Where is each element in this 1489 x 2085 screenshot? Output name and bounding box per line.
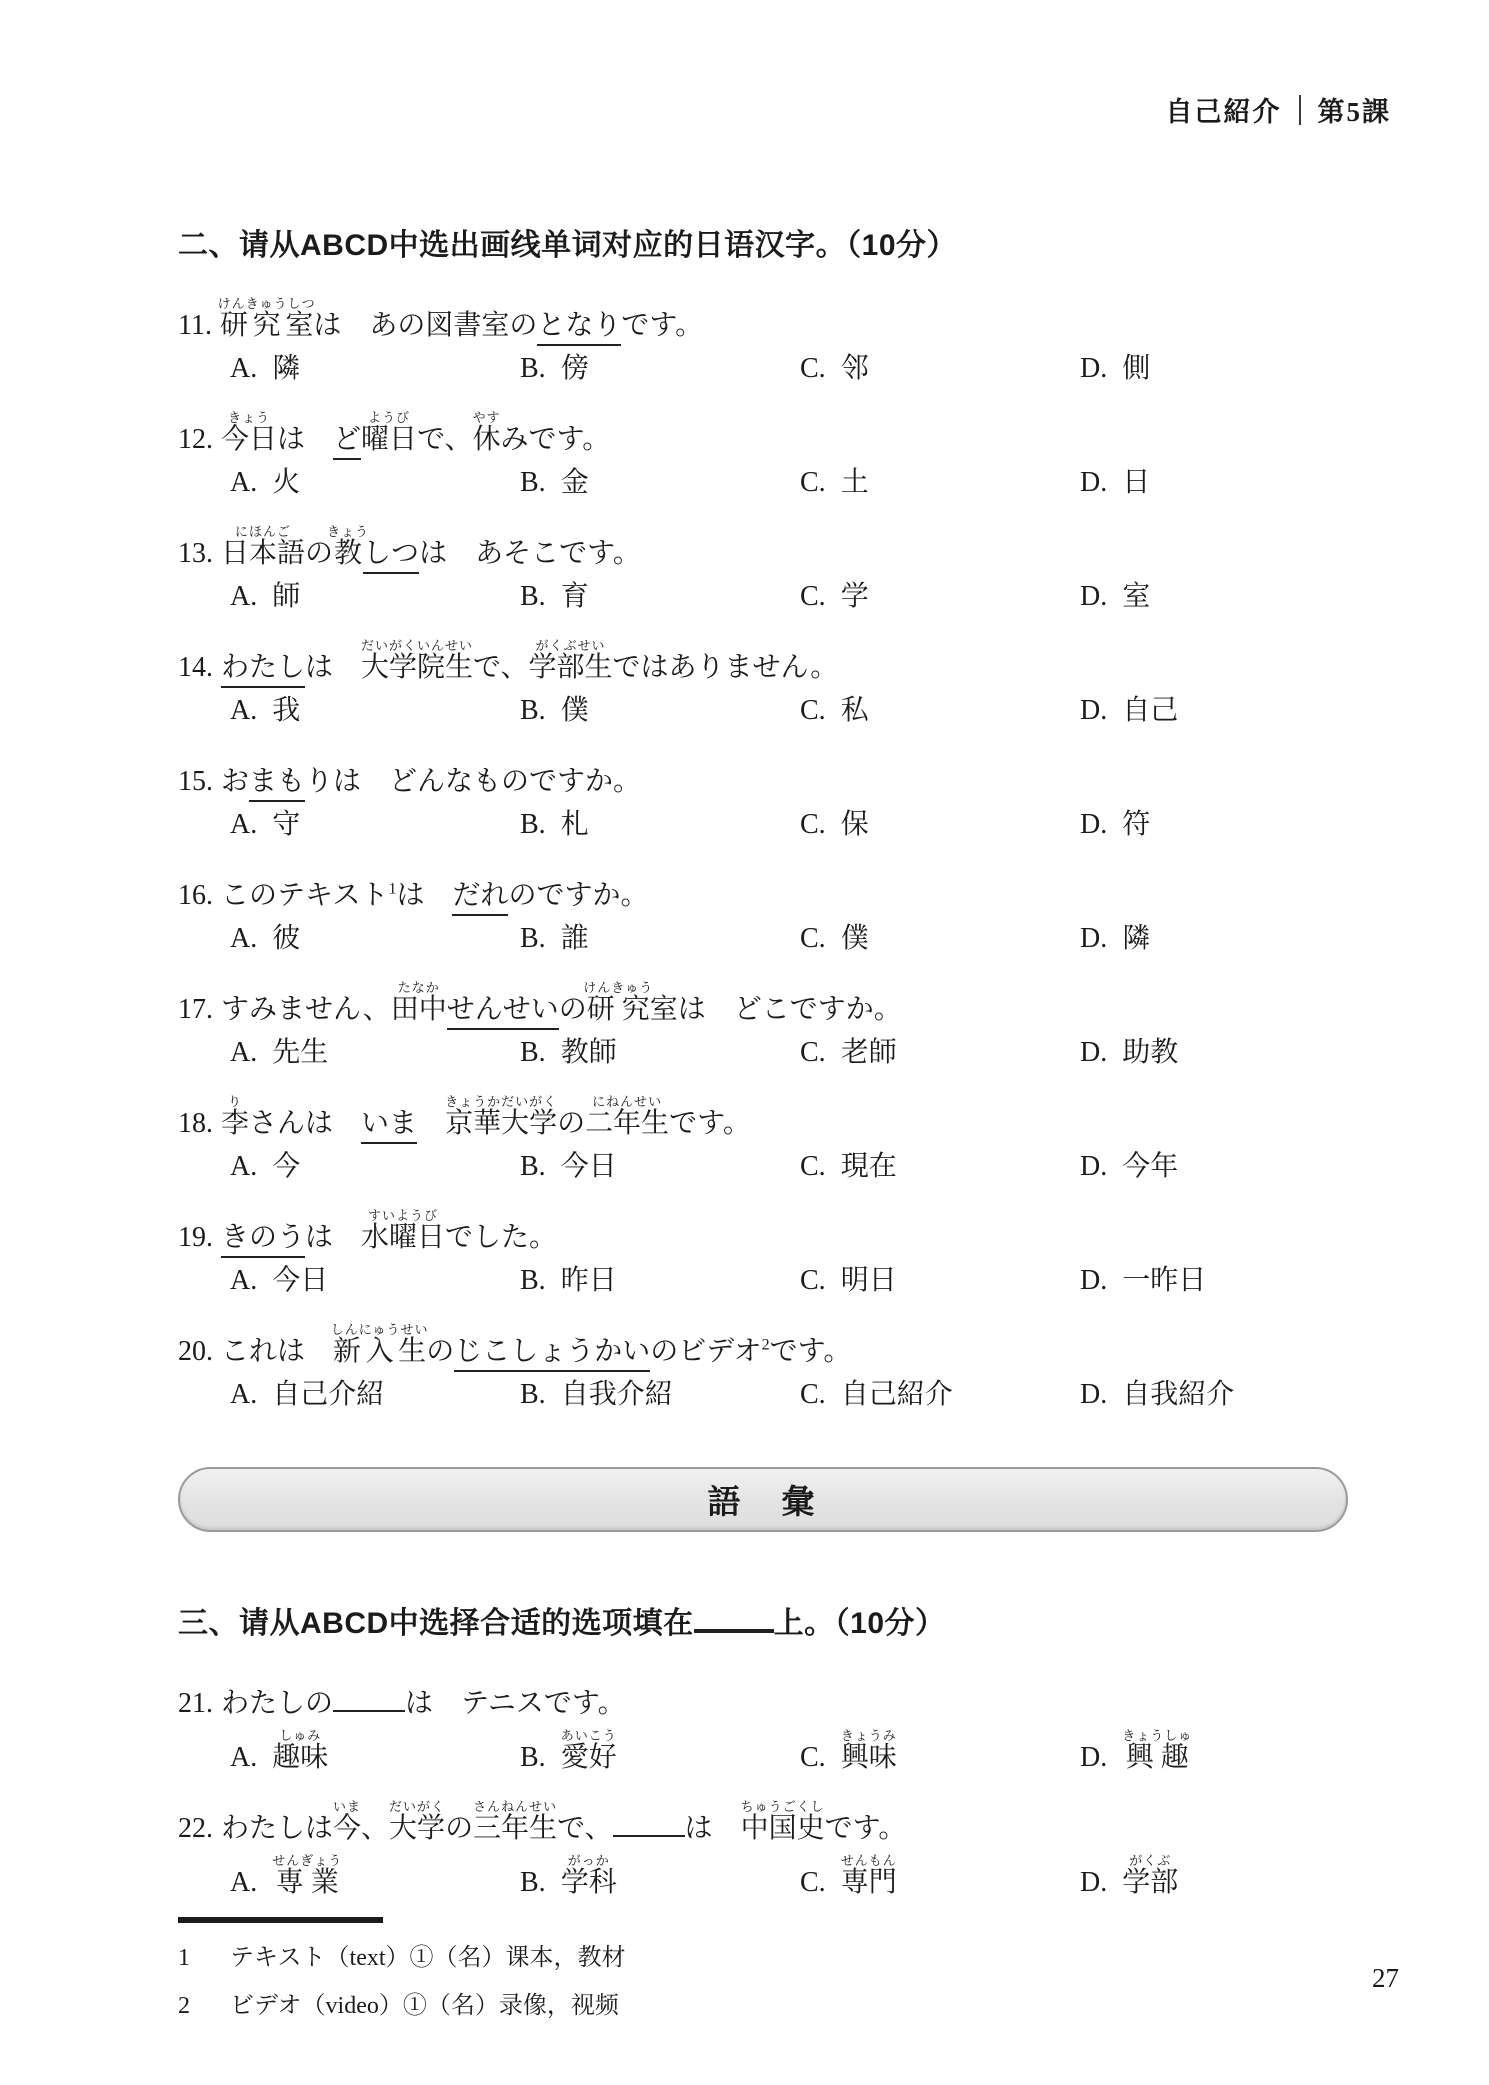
question-stem: 16.このテキスト1は だれのですか。 bbox=[178, 854, 1393, 912]
option-row: A.隣B.傍C.邻D.側 bbox=[178, 350, 1393, 385]
underlined-word: となり bbox=[537, 310, 621, 346]
option-text: 現在 bbox=[841, 1151, 897, 1182]
option-letter: C. bbox=[800, 1152, 826, 1183]
fill-in-blank bbox=[694, 1629, 774, 1633]
option-letter: D. bbox=[1080, 582, 1107, 613]
answer-option: D.一昨日 bbox=[1080, 1266, 1393, 1297]
option-row: A.今B.今日C.現在D.今年 bbox=[178, 1148, 1393, 1183]
question-number: 20. bbox=[178, 1336, 213, 1367]
footnote-number: 1 bbox=[178, 1943, 230, 1974]
option-letter: B. bbox=[520, 1380, 546, 1411]
footnote: 2ビデオ（video）①（名）录像，视频 bbox=[178, 1991, 1393, 2022]
option-text: 守 bbox=[272, 809, 300, 840]
footnotes: 1テキスト（text）①（名）课本，教材2ビデオ（video）①（名）录像，视频 bbox=[178, 1943, 1393, 2022]
option-letter: D. bbox=[1080, 1380, 1107, 1411]
answer-option: D.自我紹介 bbox=[1080, 1380, 1393, 1411]
answer-option: A.趣味しゅみ bbox=[230, 1728, 520, 1774]
option-letter: C. bbox=[800, 582, 826, 613]
answer-option: A.自己介紹 bbox=[230, 1380, 520, 1411]
option-letter: D. bbox=[1080, 468, 1107, 499]
option-text: 我 bbox=[272, 695, 300, 726]
answer-option: D.符 bbox=[1080, 810, 1393, 841]
answer-option: D.今年 bbox=[1080, 1152, 1393, 1183]
option-letter: B. bbox=[520, 1743, 546, 1774]
option-text: 隣 bbox=[272, 353, 300, 384]
option-letter: C. bbox=[800, 924, 826, 955]
option-letter: B. bbox=[520, 1868, 546, 1899]
option-text: 今年 bbox=[1122, 1151, 1178, 1182]
option-text: 学科がっか bbox=[561, 1867, 617, 1898]
answer-option: A.今日 bbox=[230, 1266, 520, 1297]
option-text: 育 bbox=[561, 581, 589, 612]
option-text: 先生 bbox=[272, 1037, 328, 1068]
option-row: A.彼B.誰C.僕D.隣 bbox=[178, 920, 1393, 955]
question-stem: 22.わたしは今いま、大学だいがくの三年生さんねんせいで、は 中国史ちゅうごくし… bbox=[178, 1787, 1393, 1845]
option-letter: D. bbox=[1080, 696, 1107, 727]
option-letter: B. bbox=[520, 1266, 546, 1297]
option-letter: A. bbox=[230, 468, 257, 499]
option-text: 興趣きょうしゅ bbox=[1122, 1742, 1192, 1773]
underlined-word: しつ bbox=[363, 538, 419, 574]
option-text: 今日 bbox=[561, 1151, 617, 1182]
option-letter: A. bbox=[230, 1380, 257, 1411]
answer-option: D.助教 bbox=[1080, 1038, 1393, 1069]
option-text: 日 bbox=[1122, 467, 1150, 498]
answer-option: B.札 bbox=[520, 810, 800, 841]
option-letter: A. bbox=[230, 696, 257, 727]
page-content: 二、请从ABCD中选出画线单词对应的日语汉字。（10分）11.研究室けんきゅうし… bbox=[178, 0, 1393, 2039]
answer-option: D.自己 bbox=[1080, 696, 1393, 727]
option-letter: C. bbox=[800, 810, 826, 841]
answer-option: B.育 bbox=[520, 582, 800, 613]
option-text: 金 bbox=[561, 467, 589, 498]
option-text: 今 bbox=[272, 1151, 300, 1182]
question: 19.きのうは 水曜日すいようびでした。A.今日B.昨日C.明日D.一昨日 bbox=[178, 1196, 1393, 1297]
question-number: 18. bbox=[178, 1108, 213, 1139]
option-row: A.自己介紹B.自我介紹C.自己紹介D.自我紹介 bbox=[178, 1376, 1393, 1411]
question-number: 21. bbox=[178, 1688, 213, 1719]
footnote-text: ビデオ（video）①（名）录像，视频 bbox=[230, 1991, 619, 2022]
option-text: 自我介紹 bbox=[561, 1379, 673, 1410]
question-stem: 13.日本語にほんごの教きょうしつは あそこです。 bbox=[178, 512, 1393, 570]
page-number: 27 bbox=[1372, 1963, 1399, 1994]
option-letter: B. bbox=[520, 582, 546, 613]
footnote-divider-line bbox=[178, 1917, 383, 1923]
answer-option: B.傍 bbox=[520, 354, 800, 385]
answer-option: B.金 bbox=[520, 468, 800, 499]
option-letter: D. bbox=[1080, 1743, 1107, 1774]
answer-option: A.彼 bbox=[230, 924, 520, 955]
question: 13.日本語にほんごの教きょうしつは あそこです。A.師B.育C.学D.室 bbox=[178, 512, 1393, 613]
option-text: 自己紹介 bbox=[841, 1379, 953, 1410]
answer-option: D.学部がくぶ bbox=[1080, 1853, 1393, 1899]
question: 15.おまもりは どんなものですか。A.守B.札C.保D.符 bbox=[178, 740, 1393, 841]
option-text: 土 bbox=[841, 467, 869, 498]
answer-option: A.守 bbox=[230, 810, 520, 841]
answer-option: D.日 bbox=[1080, 468, 1393, 499]
question-stem: 21.わたしのは テニスです。 bbox=[178, 1662, 1393, 1720]
option-letter: A. bbox=[230, 924, 257, 955]
option-text: 自己介紹 bbox=[272, 1379, 384, 1410]
option-letter: A. bbox=[230, 1266, 257, 1297]
option-letter: A. bbox=[230, 810, 257, 841]
answer-option: A.専業せんぎょう bbox=[230, 1853, 520, 1899]
option-text: 僕 bbox=[561, 695, 589, 726]
option-row: A.火B.金C.土D.日 bbox=[178, 464, 1393, 499]
option-row: A.専業せんぎょうB.学科がっかC.専門せんもんD.学部がくぶ bbox=[178, 1853, 1393, 1899]
option-text: 明日 bbox=[841, 1265, 897, 1296]
option-letter: D. bbox=[1080, 1038, 1107, 1069]
option-letter: A. bbox=[230, 1152, 257, 1183]
answer-option: B.昨日 bbox=[520, 1266, 800, 1297]
option-letter: B. bbox=[520, 1152, 546, 1183]
question: 14.わたしは 大学院生だいがくいんせいで、学部生がくぶせいではありません。A.… bbox=[178, 626, 1393, 727]
option-text: 愛好あいこう bbox=[561, 1742, 617, 1773]
option-row: A.趣味しゅみB.愛好あいこうC.興味きょうみD.興趣きょうしゅ bbox=[178, 1728, 1393, 1774]
answer-option: C.老師 bbox=[800, 1038, 1080, 1069]
answer-option: D.室 bbox=[1080, 582, 1393, 613]
option-letter: B. bbox=[520, 354, 546, 385]
option-letter: D. bbox=[1080, 924, 1107, 955]
underlined-word: わたし bbox=[221, 652, 305, 688]
question: 21.わたしのは テニスです。A.趣味しゅみB.愛好あいこうC.興味きょうみD.… bbox=[178, 1662, 1393, 1774]
worksheet-page: 自己紹介 第5課 二、请从ABCD中选出画线单词对应的日语汉字。（10分）11.… bbox=[0, 0, 1489, 2085]
underlined-word: じこしょうかい bbox=[454, 1336, 650, 1372]
answer-option: B.自我介紹 bbox=[520, 1380, 800, 1411]
question: 11.研究室けんきゅうしつは あの図書室のとなりです。A.隣B.傍C.邻D.側 bbox=[178, 284, 1393, 385]
option-text: 火 bbox=[272, 467, 300, 498]
option-letter: B. bbox=[520, 696, 546, 727]
answer-option: A.火 bbox=[230, 468, 520, 499]
option-letter: D. bbox=[1080, 354, 1107, 385]
option-letter: A. bbox=[230, 582, 257, 613]
vocab-banner: 語 彙 bbox=[178, 1467, 1348, 1532]
answer-option: C.明日 bbox=[800, 1266, 1080, 1297]
option-letter: B. bbox=[520, 810, 546, 841]
option-row: A.師B.育C.学D.室 bbox=[178, 578, 1393, 613]
question-number: 13. bbox=[178, 538, 213, 569]
answer-option: D.隣 bbox=[1080, 924, 1393, 955]
question-stem: 20.これは 新入生しんにゅうせいのじこしょうかいのビデオ2です。 bbox=[178, 1310, 1393, 1368]
answer-option: A.先生 bbox=[230, 1038, 520, 1069]
answer-option: A.今 bbox=[230, 1152, 520, 1183]
answer-option: C.自己紹介 bbox=[800, 1380, 1080, 1411]
option-letter: B. bbox=[520, 924, 546, 955]
option-letter: C. bbox=[800, 1743, 826, 1774]
section-title: 二、请从ABCD中选出画线单词对应的日语汉字。（10分） bbox=[178, 220, 1393, 264]
option-letter: C. bbox=[800, 1266, 826, 1297]
footnote-text: テキスト（text）①（名）课本，教材 bbox=[230, 1943, 626, 1974]
option-text: 保 bbox=[841, 809, 869, 840]
option-text: 今日 bbox=[272, 1265, 328, 1296]
question-number: 22. bbox=[178, 1813, 213, 1844]
option-text: 学部がくぶ bbox=[1122, 1867, 1178, 1898]
question-number: 11. bbox=[178, 310, 212, 341]
option-text: 師 bbox=[272, 581, 300, 612]
option-letter: D. bbox=[1080, 1152, 1107, 1183]
section-title: 三、请从ABCD中选择合适的选项填在上。（10分） bbox=[178, 1598, 1393, 1642]
question-stem: 17.すみません、田中たなかせんせいの研究けんきゅう室は どこですか。 bbox=[178, 968, 1393, 1026]
option-row: A.我B.僕C.私D.自己 bbox=[178, 692, 1393, 727]
vocab-banner-label: 語 彙 bbox=[708, 1476, 819, 1523]
question: 17.すみません、田中たなかせんせいの研究けんきゅう室は どこですか。A.先生B… bbox=[178, 968, 1393, 1069]
option-letter: C. bbox=[800, 1380, 826, 1411]
option-text: 札 bbox=[561, 809, 589, 840]
underlined-word: いま bbox=[361, 1108, 417, 1144]
answer-option: C.学 bbox=[800, 582, 1080, 613]
question-number: 16. bbox=[178, 880, 213, 911]
option-letter: C. bbox=[800, 696, 826, 727]
option-letter: B. bbox=[520, 1038, 546, 1069]
option-letter: C. bbox=[800, 1868, 826, 1899]
footnote-marker: 1 bbox=[388, 881, 396, 898]
answer-option: C.興味きょうみ bbox=[800, 1728, 1080, 1774]
option-letter: B. bbox=[520, 468, 546, 499]
option-letter: A. bbox=[230, 1038, 257, 1069]
answer-option: C.僕 bbox=[800, 924, 1080, 955]
option-letter: D. bbox=[1080, 1868, 1107, 1899]
option-text: 私 bbox=[841, 695, 869, 726]
question-stem: 18.李りさんは いま 京華大学きょうかだいがくの二年生にねんせいです。 bbox=[178, 1082, 1393, 1140]
option-text: 昨日 bbox=[561, 1265, 617, 1296]
answer-option: A.師 bbox=[230, 582, 520, 613]
option-text: 趣味しゅみ bbox=[272, 1742, 328, 1773]
fill-in-blank bbox=[613, 1835, 685, 1837]
question-number: 17. bbox=[178, 994, 213, 1025]
answer-option: C.保 bbox=[800, 810, 1080, 841]
answer-option: B.教師 bbox=[520, 1038, 800, 1069]
question-number: 15. bbox=[178, 766, 213, 797]
option-text: 符 bbox=[1122, 809, 1150, 840]
answer-option: D.側 bbox=[1080, 354, 1393, 385]
question: 20.これは 新入生しんにゅうせいのじこしょうかいのビデオ2です。A.自己介紹B… bbox=[178, 1310, 1393, 1411]
question-number: 19. bbox=[178, 1222, 213, 1253]
answer-option: C.現在 bbox=[800, 1152, 1080, 1183]
answer-option: B.学科がっか bbox=[520, 1853, 800, 1899]
underlined-word: きのう bbox=[221, 1222, 305, 1258]
fill-in-blank bbox=[333, 1710, 405, 1712]
option-letter: D. bbox=[1080, 810, 1107, 841]
option-text: 隣 bbox=[1122, 923, 1150, 954]
question: 18.李りさんは いま 京華大学きょうかだいがくの二年生にねんせいです。A.今B… bbox=[178, 1082, 1393, 1183]
answer-option: D.興趣きょうしゅ bbox=[1080, 1728, 1393, 1774]
question-stem: 11.研究室けんきゅうしつは あの図書室のとなりです。 bbox=[178, 284, 1393, 342]
option-text: 老師 bbox=[841, 1037, 897, 1068]
section-vocab-fill: 三、请从ABCD中选择合适的选项填在上。（10分）21.わたしのは テニスです。… bbox=[178, 1598, 1393, 1899]
option-letter: A. bbox=[230, 354, 257, 385]
option-row: A.今日B.昨日C.明日D.一昨日 bbox=[178, 1262, 1393, 1297]
underlined-word: まも bbox=[249, 766, 305, 802]
option-text: 自己 bbox=[1122, 695, 1178, 726]
option-row: A.守B.札C.保D.符 bbox=[178, 806, 1393, 841]
option-text: 興味きょうみ bbox=[841, 1742, 897, 1773]
footnote-number: 2 bbox=[178, 1991, 230, 2022]
option-text: 専門せんもん bbox=[841, 1867, 897, 1898]
option-text: 彼 bbox=[272, 923, 300, 954]
footnote: 1テキスト（text）①（名）课本，教材 bbox=[178, 1943, 1393, 1974]
answer-option: B.僕 bbox=[520, 696, 800, 727]
option-letter: A. bbox=[230, 1868, 257, 1899]
answer-option: A.隣 bbox=[230, 354, 520, 385]
option-text: 助教 bbox=[1122, 1037, 1178, 1068]
option-letter: C. bbox=[800, 468, 826, 499]
option-text: 教師 bbox=[561, 1037, 617, 1068]
answer-option: C.邻 bbox=[800, 354, 1080, 385]
option-letter: D. bbox=[1080, 1266, 1107, 1297]
option-letter: A. bbox=[230, 1743, 257, 1774]
option-letter: C. bbox=[800, 354, 826, 385]
option-text: 室 bbox=[1122, 581, 1150, 612]
underlined-word: ど bbox=[333, 424, 361, 460]
question-stem: 19.きのうは 水曜日すいようびでした。 bbox=[178, 1196, 1393, 1254]
option-text: 自我紹介 bbox=[1122, 1379, 1234, 1410]
question: 16.このテキスト1は だれのですか。A.彼B.誰C.僕D.隣 bbox=[178, 854, 1393, 955]
underlined-word: だれ bbox=[452, 880, 508, 916]
question: 22.わたしは今いま、大学だいがくの三年生さんねんせいで、は 中国史ちゅうごくし… bbox=[178, 1787, 1393, 1899]
option-text: 誰 bbox=[561, 923, 589, 954]
section-kanji-choice: 二、请从ABCD中选出画线单词对应的日语汉字。（10分）11.研究室けんきゅうし… bbox=[178, 220, 1393, 1411]
question-stem: 15.おまもりは どんなものですか。 bbox=[178, 740, 1393, 798]
option-text: 傍 bbox=[561, 353, 589, 384]
answer-option: A.我 bbox=[230, 696, 520, 727]
footnote-marker: 2 bbox=[762, 1337, 770, 1354]
underlined-word: せんせい bbox=[447, 994, 559, 1030]
option-letter: C. bbox=[800, 1038, 826, 1069]
option-row: A.先生B.教師C.老師D.助教 bbox=[178, 1034, 1393, 1069]
option-text: 邻 bbox=[841, 353, 869, 384]
answer-option: C.土 bbox=[800, 468, 1080, 499]
answer-option: B.愛好あいこう bbox=[520, 1728, 800, 1774]
question: 12.今日きょうは ど曜日ようびで、休やすみです。A.火B.金C.土D.日 bbox=[178, 398, 1393, 499]
question-number: 14. bbox=[178, 652, 213, 683]
answer-option: B.今日 bbox=[520, 1152, 800, 1183]
option-text: 学 bbox=[841, 581, 869, 612]
answer-option: B.誰 bbox=[520, 924, 800, 955]
option-text: 専業せんぎょう bbox=[272, 1867, 342, 1898]
option-text: 側 bbox=[1122, 353, 1150, 384]
question-stem: 12.今日きょうは ど曜日ようびで、休やすみです。 bbox=[178, 398, 1393, 456]
answer-option: C.私 bbox=[800, 696, 1080, 727]
question-number: 12. bbox=[178, 424, 213, 455]
option-text: 一昨日 bbox=[1122, 1265, 1206, 1296]
question-stem: 14.わたしは 大学院生だいがくいんせいで、学部生がくぶせいではありません。 bbox=[178, 626, 1393, 684]
answer-option: C.専門せんもん bbox=[800, 1853, 1080, 1899]
option-text: 僕 bbox=[841, 923, 869, 954]
